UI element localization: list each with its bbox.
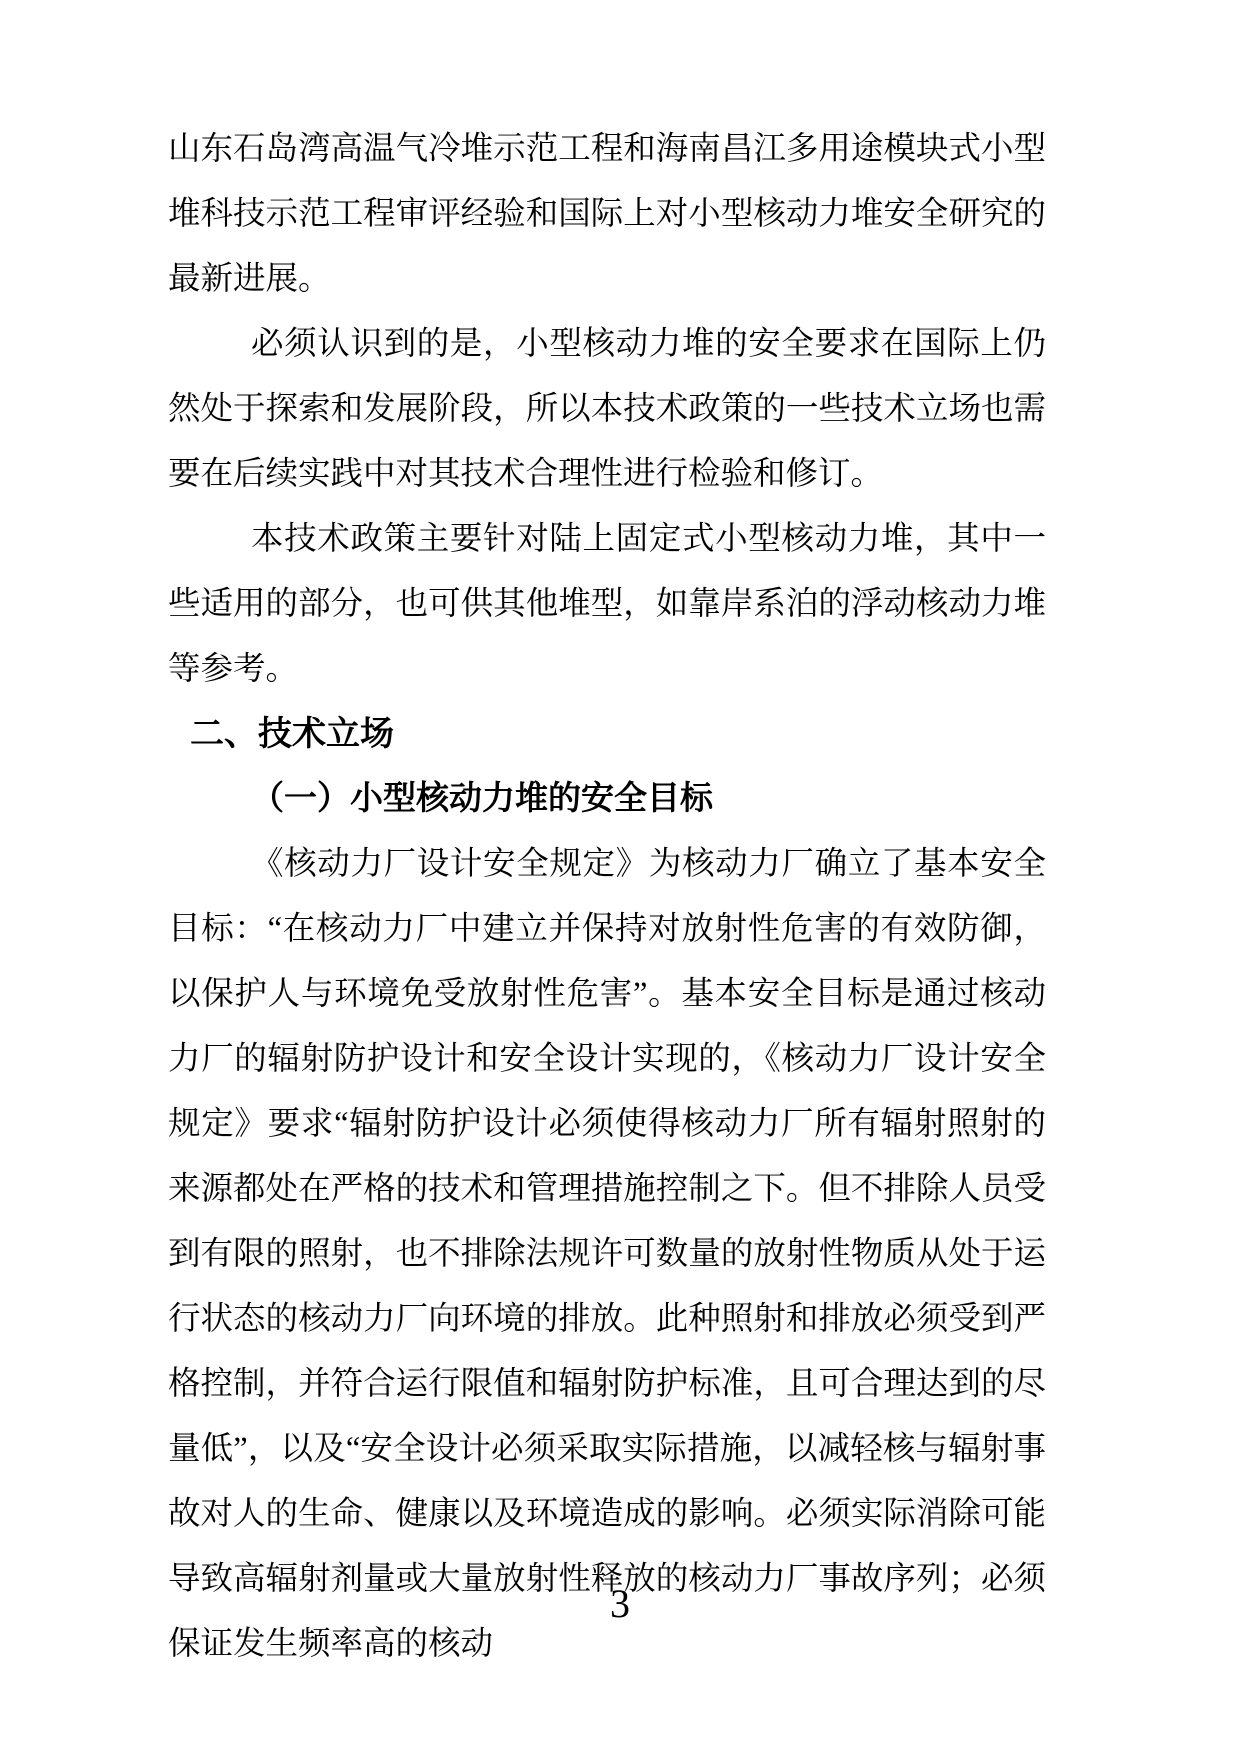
subsection-heading: （一）小型核动力堆的安全目标 — [168, 767, 1046, 832]
section-heading: 二、技术立场 — [168, 702, 1046, 767]
document-page: 山东石岛湾高温气冷堆示范工程和海南昌江多用途模块式小型堆科技示范工程审评经验和国… — [0, 0, 1240, 1753]
paragraph: 《核动力厂设计安全规定》为核动力厂确立了基本安全目标：“在核动力厂中建立并保持对… — [168, 832, 1046, 1677]
paragraph: 必须认识到的是，小型核动力堆的安全要求在国际上仍然处于探索和发展阶段，所以本技术… — [168, 312, 1046, 507]
paragraph-continuation: 山东石岛湾高温气冷堆示范工程和海南昌江多用途模块式小型堆科技示范工程审评经验和国… — [168, 117, 1046, 312]
page-body: 山东石岛湾高温气冷堆示范工程和海南昌江多用途模块式小型堆科技示范工程审评经验和国… — [168, 117, 1046, 1677]
paragraph: 本技术政策主要针对陆上固定式小型核动力堆，其中一些适用的部分，也可供其他堆型，如… — [168, 507, 1046, 702]
page-number: 3 — [0, 1584, 1240, 1624]
